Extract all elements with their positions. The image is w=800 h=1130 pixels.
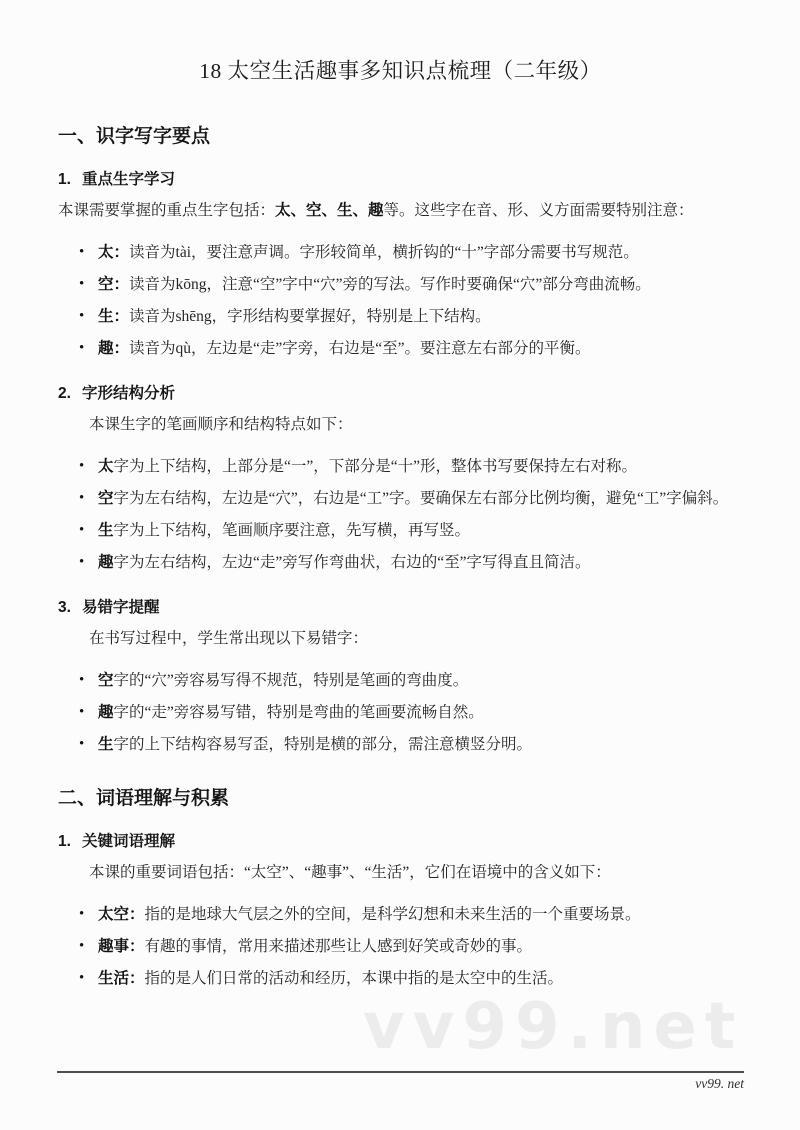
- bullet-term: 趣：: [98, 340, 129, 357]
- section-heading-1: 一、识字写字要点: [58, 126, 743, 148]
- subsection-number: 1.: [58, 170, 71, 190]
- subsection-label: 关键词语理解: [82, 833, 175, 850]
- subsection-label: 重点生字学习: [82, 171, 175, 188]
- bullet-term: 生：: [98, 308, 129, 325]
- bullet-term: 趣: [98, 554, 114, 571]
- key-characters-bold: 太、空、生、趣: [275, 202, 384, 219]
- list-item: 太：读音为tài，要注意声调。字形较简单，横折钩的“十”字部分需要书写规范。: [98, 240, 743, 266]
- subsection-heading-2-1: 1.关键词语理解: [58, 832, 743, 852]
- bullet-term: 太: [98, 458, 114, 475]
- paragraph-text: 等。这些字在音、形、义方面需要特别注意：: [384, 202, 694, 219]
- bullet-term: 空：: [98, 276, 129, 293]
- bullet-term: 趣事：: [98, 938, 145, 955]
- subsection-number: 1.: [58, 832, 71, 852]
- list-item: 太空：指的是地球大气层之外的空间，是科学幻想和未来生活的一个重要场景。: [98, 902, 743, 928]
- bullet-term: 生: [98, 736, 114, 753]
- bullet-term: 空: [98, 490, 114, 507]
- list-item: 空字为左右结构，左边是“穴”，右边是“工”字。要确保左右部分比例均衡，避免“工”…: [98, 486, 743, 512]
- paragraph-key-characters: 本课需要掌握的重点生字包括：太、空、生、趣等。这些字在音、形、义方面需要特别注意…: [58, 200, 743, 222]
- section-heading-2: 二、词语理解与积累: [58, 788, 743, 810]
- bullet-text: 读音为tài，要注意声调。字形较简单，横折钩的“十”字部分需要书写规范。: [129, 244, 639, 261]
- bullet-text: 字的“穴”旁容易写得不规范，特别是笔画的弯曲度。: [114, 672, 469, 689]
- list-item: 生字的上下结构容易写歪，特别是横的部分，需注意横竖分明。: [98, 732, 743, 758]
- bullet-term: 生活：: [98, 970, 145, 987]
- subsection-heading-1-2: 2.字形结构分析: [58, 384, 743, 404]
- bullet-text: 字的“走”旁容易写错，特别是弯曲的笔画要流畅自然。: [114, 704, 484, 721]
- list-item: 空字的“穴”旁容易写得不规范，特别是笔画的弯曲度。: [98, 668, 743, 694]
- bullet-text: 读音为shēng，字形结构要掌握好，特别是上下结构。: [129, 308, 491, 325]
- paragraph-structure-intro: 本课生字的笔画顺序和结构特点如下：: [58, 414, 743, 436]
- subsection-label: 字形结构分析: [82, 385, 175, 402]
- key-words-list: 太空：指的是地球大气层之外的空间，是科学幻想和未来生活的一个重要场景。 趣事：有…: [58, 902, 743, 992]
- paragraph-error-intro: 在书写过程中，学生常出现以下易错字：: [58, 628, 743, 650]
- document-page: vv99.net 18 太空生活趣事多知识点梳理（二年级） 一、识字写字要点 1…: [0, 0, 800, 1130]
- bullet-term: 空: [98, 672, 114, 689]
- list-item: 趣字为左右结构，左边“走”旁写作弯曲状，右边的“至”字写得直且简洁。: [98, 550, 743, 576]
- subsection-heading-1-1: 1.重点生字学习: [58, 170, 743, 190]
- bullet-text: 字为上下结构，上部分是“一”，下部分是“十”形，整体书写要保持左右对称。: [114, 458, 638, 475]
- list-item: 太字为上下结构，上部分是“一”，下部分是“十”形，整体书写要保持左右对称。: [98, 454, 743, 480]
- subsection-heading-1-3: 3.易错字提醒: [58, 598, 743, 618]
- footer-site-text: vv99. net: [57, 1076, 744, 1092]
- list-item: 生字为上下结构，笔画顺序要注意，先写横，再写竖。: [98, 518, 743, 544]
- bullet-text: 指的是人们日常的活动和经历，本课中指的是太空中的生活。: [145, 970, 564, 987]
- character-structure-list: 太字为上下结构，上部分是“一”，下部分是“十”形，整体书写要保持左右对称。 空字…: [58, 454, 743, 576]
- bullet-text: 字为上下结构，笔画顺序要注意，先写横，再写竖。: [114, 522, 471, 539]
- paragraph-words-intro: 本课的重要词语包括：“太空”、“趣事”、“生活”，它们在语境中的含义如下：: [58, 862, 743, 884]
- paragraph-text: 本课需要掌握的重点生字包括：: [58, 202, 275, 219]
- character-pronunciation-list: 太：读音为tài，要注意声调。字形较简单，横折钩的“十”字部分需要书写规范。 空…: [58, 240, 743, 362]
- subsection-number: 3.: [58, 598, 71, 618]
- bullet-term: 太：: [98, 244, 129, 261]
- list-item: 趣事：有趣的事情，常用来描述那些让人感到好笑或奇妙的事。: [98, 934, 743, 960]
- bullet-text: 读音为kōng，注意“空”字中“穴”旁的写法。写作时要确保“穴”部分弯曲流畅。: [129, 276, 651, 293]
- list-item: 生：读音为shēng，字形结构要掌握好，特别是上下结构。: [98, 304, 743, 330]
- bullet-text: 字的上下结构容易写歪，特别是横的部分，需注意横竖分明。: [114, 736, 533, 753]
- bullet-text: 字为左右结构，左边是“穴”，右边是“工”字。要确保左右部分比例均衡，避免“工”字…: [114, 490, 729, 507]
- list-item: 趣：读音为qù，左边是“走”字旁，右边是“至”。要注意左右部分的平衡。: [98, 336, 743, 362]
- subsection-number: 2.: [58, 384, 71, 404]
- bullet-text: 字为左右结构，左边“走”旁写作弯曲状，右边的“至”字写得直且简洁。: [114, 554, 591, 571]
- bullet-term: 生: [98, 522, 114, 539]
- bullet-text: 读音为qù，左边是“走”字旁，右边是“至”。要注意左右部分的平衡。: [129, 340, 591, 357]
- list-item: 生活：指的是人们日常的活动和经历，本课中指的是太空中的生活。: [98, 966, 743, 992]
- document-content: 18 太空生活趣事多知识点梳理（二年级） 一、识字写字要点 1.重点生字学习 本…: [58, 0, 743, 992]
- list-item: 空：读音为kōng，注意“空”字中“穴”旁的写法。写作时要确保“穴”部分弯曲流畅…: [98, 272, 743, 298]
- footer-divider: [57, 1071, 744, 1073]
- page-title: 18 太空生活趣事多知识点梳理（二年级）: [58, 0, 743, 85]
- watermark: vv99.net: [363, 990, 743, 1064]
- subsection-label: 易错字提醒: [82, 599, 160, 616]
- bullet-text: 有趣的事情，常用来描述那些让人感到好笑或奇妙的事。: [145, 938, 533, 955]
- bullet-text: 指的是地球大气层之外的空间，是科学幻想和未来生活的一个重要场景。: [145, 906, 641, 923]
- list-item: 趣字的“走”旁容易写错，特别是弯曲的笔画要流畅自然。: [98, 700, 743, 726]
- bullet-term: 太空：: [98, 906, 145, 923]
- bullet-term: 趣: [98, 704, 114, 721]
- error-prone-list: 空字的“穴”旁容易写得不规范，特别是笔画的弯曲度。 趣字的“走”旁容易写错，特别…: [58, 668, 743, 758]
